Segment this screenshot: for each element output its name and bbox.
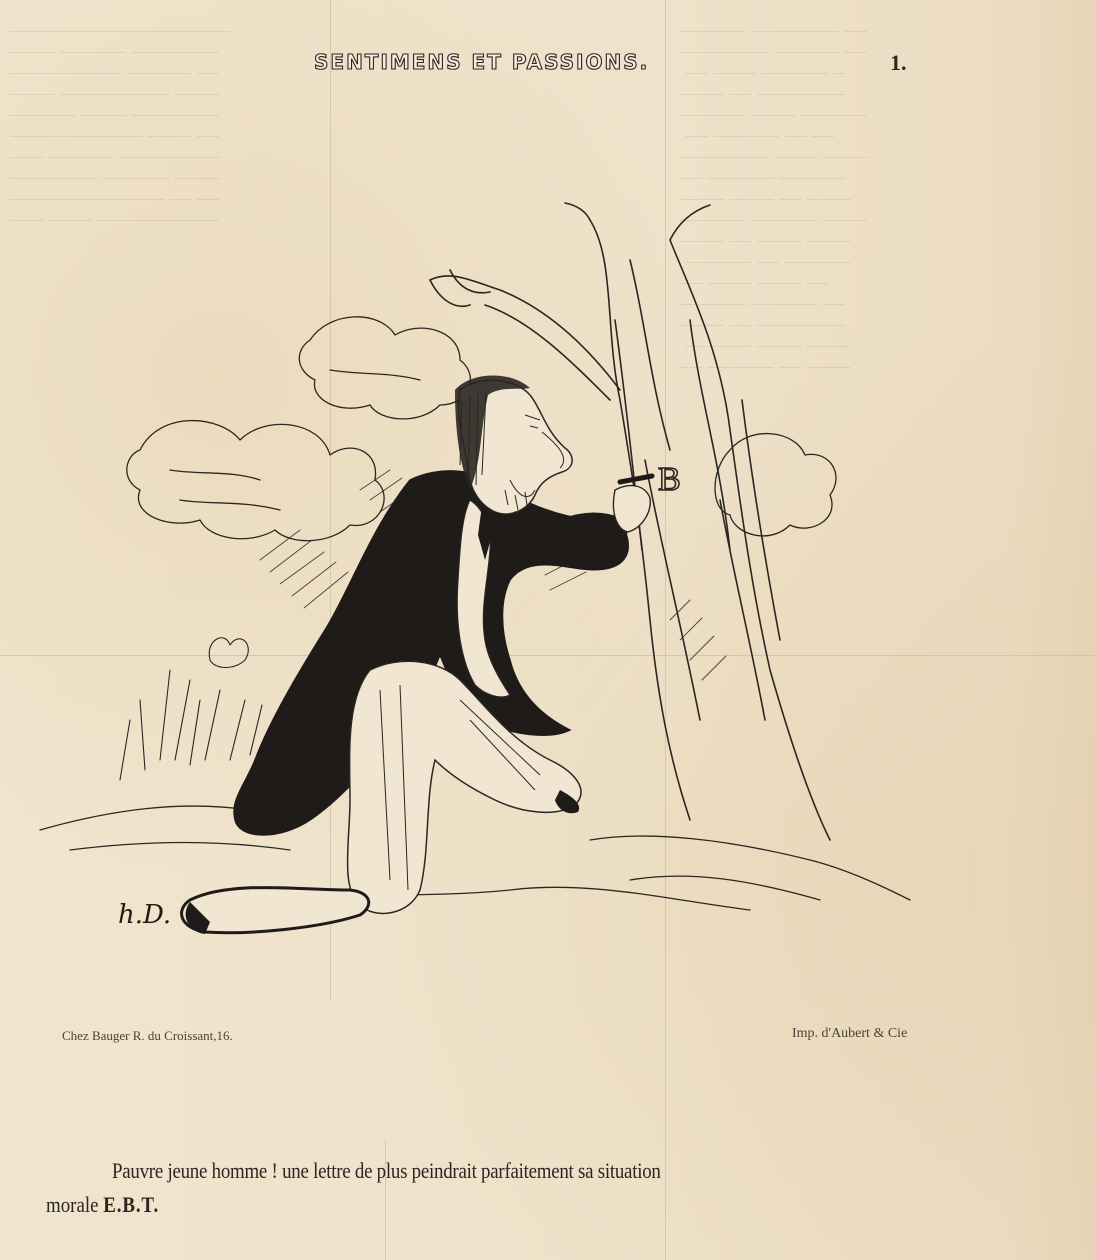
printer-imprint: Imp. d'Aubert & Cie xyxy=(792,1026,907,1042)
caption-line-2: morale E.B.T. xyxy=(46,1192,159,1218)
ground xyxy=(40,806,910,910)
grass xyxy=(120,638,262,780)
artist-monogram: h.D. xyxy=(118,900,171,930)
caption-prefix: morale xyxy=(46,1192,99,1217)
caption-initials: E.B.T. xyxy=(103,1192,159,1217)
publisher-imprint: Chez Bauger R. du Croissant,16. xyxy=(62,1028,233,1044)
plate-number: 1. xyxy=(890,50,907,76)
tree-carving: B xyxy=(658,461,681,498)
kneeling-man xyxy=(182,375,652,934)
lithograph-illustration: B xyxy=(30,200,950,960)
caption-line-1: Pauvre jeune homme ! une lettre de plus … xyxy=(112,1158,661,1184)
series-title: SENTIMENS ET PASSIONS. xyxy=(314,50,649,74)
